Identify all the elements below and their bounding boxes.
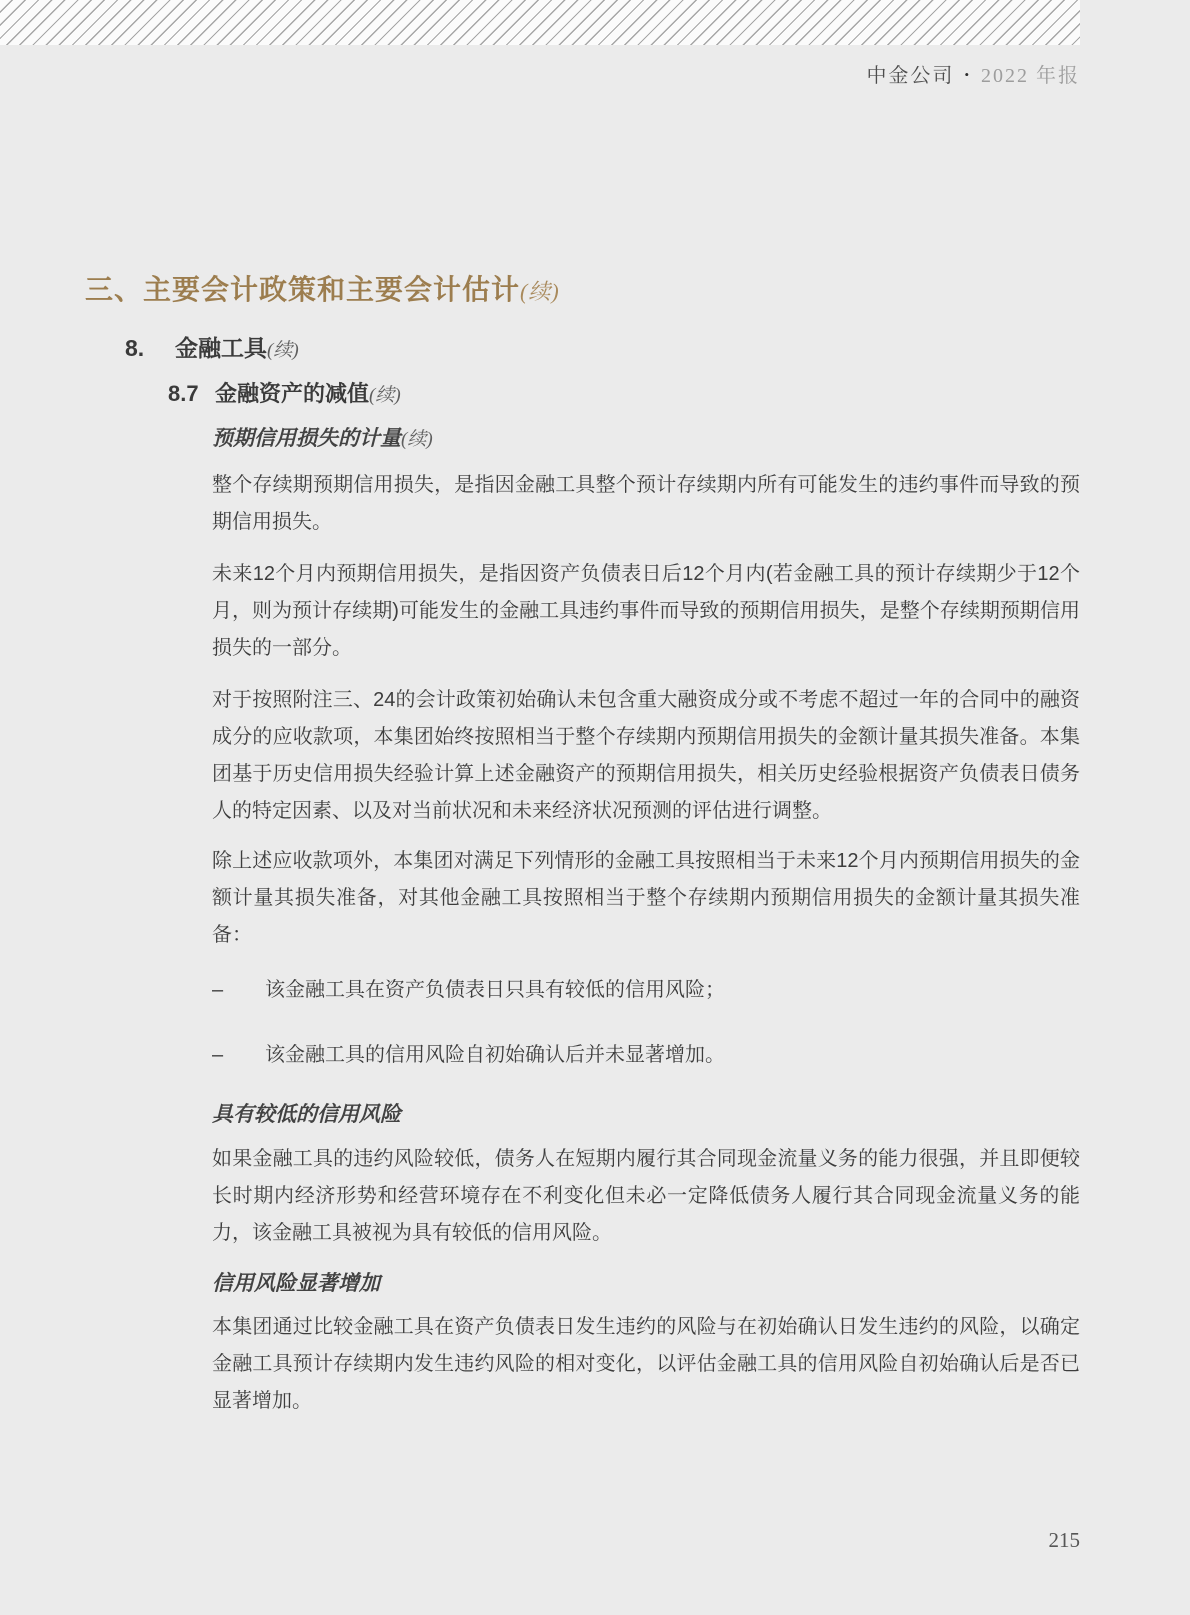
body-paragraph: 除上述应收款项外，本集团对满足下列情形的金融工具按照相当于未来12个月内预期信用… — [212, 843, 1080, 954]
report-title: 2022 年报 — [981, 65, 1080, 87]
list-item: – 该金融工具在资产负债表日只具有较低的信用风险； — [212, 972, 1080, 1009]
body-paragraph: 整个存续期预期信用损失，是指因金融工具整个预计存续期内所有可能发生的违约事件而导… — [212, 467, 1080, 541]
body-paragraph: 本集团通过比较金融工具在资产负债表日发生违约的风险与在初始确认日发生违约的风险，… — [212, 1309, 1080, 1420]
section-heading-text: 金融工具 — [175, 335, 267, 361]
list-item-text: 该金融工具的信用风险自初始确认后并未显著增加。 — [265, 1037, 725, 1074]
section-heading-text: 三、主要会计政策和主要会计估计 — [85, 274, 520, 305]
page-number: 215 — [0, 1528, 1080, 1553]
section-heading-level1: 三、主要会计政策和主要会计估计(续) — [85, 268, 1190, 308]
company-name: 中金公司 — [866, 65, 954, 87]
sub-section-heading-text: 预期信用损失的计量 — [212, 427, 401, 450]
sub-section-heading-low-credit-risk: 具有较低的信用风险 — [212, 1098, 1190, 1128]
decorative-hatch-band — [0, 0, 1080, 45]
section-number: 8.7 — [168, 381, 215, 407]
section-heading-text: 金融资产的减值 — [215, 381, 369, 406]
section-heading-level2: 8.金融工具(续) — [125, 330, 1190, 363]
continued-marker: (续) — [369, 385, 401, 406]
list-item: – 该金融工具的信用风险自初始确认后并未显著增加。 — [212, 1037, 1080, 1074]
continued-marker: (续) — [267, 340, 299, 361]
page-header: 中金公司•2022 年报 — [0, 59, 1080, 88]
continued-marker: (续) — [401, 429, 433, 450]
list-item-dash: – — [212, 1037, 265, 1074]
section-heading-level3: 8.7金融资产的减值(续) — [168, 377, 1190, 408]
list-item-dash: – — [212, 972, 265, 1009]
sub-section-heading-measurement: 预期信用损失的计量(续) — [212, 422, 1190, 452]
body-paragraph: 如果金融工具的违约风险较低，债务人在短期内履行其合同现金流量义务的能力很强，并且… — [212, 1141, 1080, 1252]
body-paragraph: 对于按照附注三、24的会计政策初始确认未包含重大融资成分或不考虑不超过一年的合同… — [212, 682, 1080, 830]
sub-section-heading-significant-increase: 信用风险显著增加 — [212, 1267, 1190, 1297]
separator-dot: • — [964, 67, 971, 82]
body-paragraph: 未来12个月内预期信用损失，是指因资产负债表日后12个月内(若金融工具的预计存续… — [212, 556, 1080, 667]
section-number: 8. — [125, 335, 175, 362]
continued-marker: (续) — [520, 279, 560, 304]
list-item-text: 该金融工具在资产负债表日只具有较低的信用风险； — [265, 972, 725, 1009]
